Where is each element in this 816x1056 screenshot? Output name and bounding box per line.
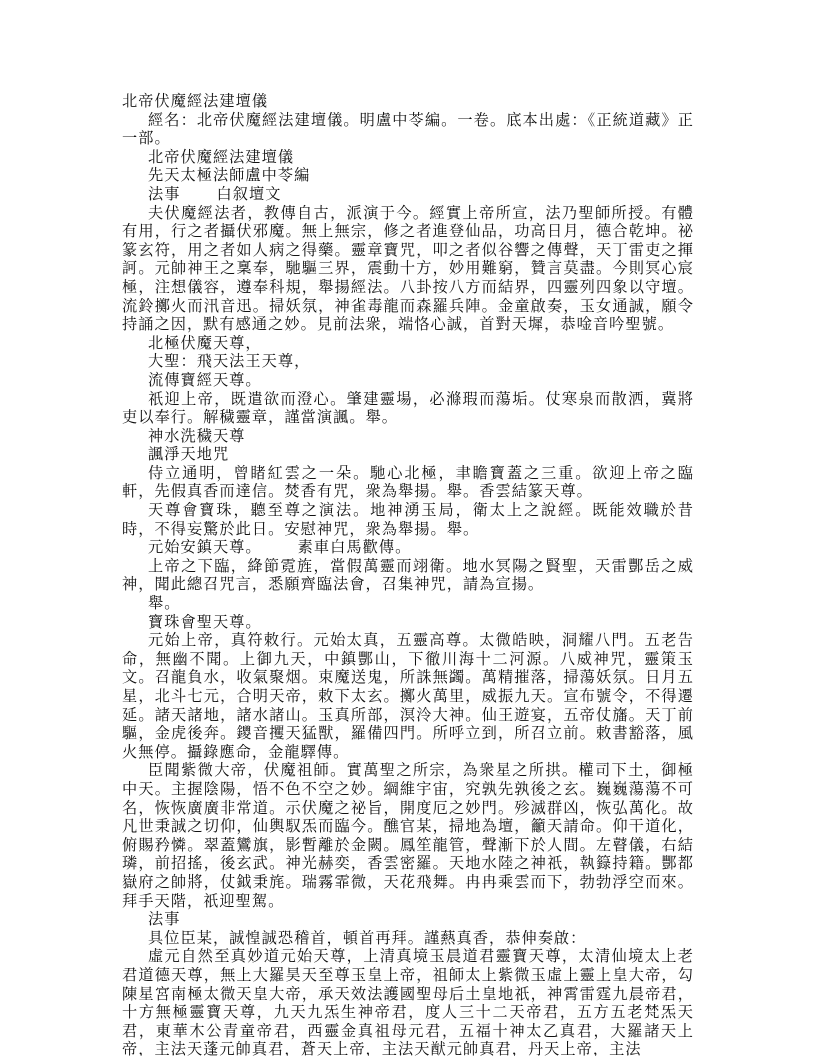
paragraph: 天尊會寶珠，聽至尊之演法。地神湧玉局，衛太上之說經。既能效職於昔時，不得妄驚於此… [122, 501, 694, 538]
invocation-line: 元始安鎮天尊。素車白馬歡傳。 [122, 538, 694, 557]
paragraph: 上帝之下臨，絳節霓旌，當假萬靈而翊衛。地水冥陽之賢聖，天雷酆岳之威神，聞此總召咒… [122, 557, 694, 594]
document-subtitle: 北帝伏魔經法建壇儀 [122, 148, 694, 167]
paragraph: 祇迎上帝，既遣欲而澄心。肇建靈場，必滌瑕而蕩垢。仗寒泉而散洒，冀將吏以奉行。解穢… [122, 390, 694, 427]
paragraph: 元始上帝，真符敕行。元始太真，五靈高尊。太微皓映，洞耀八門。五老告命，無幽不聞。… [122, 631, 694, 761]
paragraph: 具位臣某，誠惶誠恐稽首，頓首再拜。謹爇真香，恭伸奏啟： [122, 929, 694, 948]
paragraph: 侍立通明，曾睹紅雲之一朵。馳心北極，聿瞻寶蓋之三重。欲迎上帝之臨軒，先假真香而達… [122, 464, 694, 501]
document-title: 北帝伏魔經法建壇儀 [122, 92, 694, 111]
author-line: 先天太極法師盧中苓編 [122, 166, 694, 185]
section-label: 法事 [148, 185, 180, 203]
metadata-line: 經名：北帝伏魔經法建壇儀。明盧中苓編。一卷。底本出處：《正統道藏》正一部。 [122, 111, 694, 148]
invocation-line: 寶珠會聖天尊。 [122, 613, 694, 632]
invocation-line: 大聖：飛天法王天尊， [122, 352, 694, 371]
invocation-line: 流傳寶經天尊。 [122, 371, 694, 390]
section-heading: 法事 [122, 910, 694, 929]
invocation-line: 舉。 [122, 594, 694, 613]
invocation-line: 諷淨天地咒 [122, 445, 694, 464]
section-subtitle: 白叙壇文 [216, 185, 281, 203]
section-heading: 法事白叙壇文 [122, 185, 694, 204]
paragraph: 臣聞紫微大帝，伏魔祖師。實萬聖之所宗，為衆星之所拱。權司下土，御極中天。主握陰陽… [122, 761, 694, 910]
invocation-line: 北極伏魔天尊， [122, 334, 694, 353]
paragraph: 虛元自然至真妙道元始天尊，上清真境玉晨道君靈寶天尊，太清仙境太上老君道德天尊，無… [122, 947, 694, 1056]
invocation-trailing: 素車白馬歡傳。 [298, 538, 412, 556]
invocation-line: 神水洗穢天尊 [122, 427, 694, 446]
paragraph: 夫伏魔經法者，教傳自古，派演于今。經實上帝所宣，法乃聖師所授。有體有用，行之者攝… [122, 204, 694, 334]
document-page: 北帝伏魔經法建壇儀 經名：北帝伏魔經法建壇儀。明盧中苓編。一卷。底本出處：《正統… [122, 92, 694, 1056]
invocation-text: 元始安鎮天尊。 [148, 538, 262, 556]
